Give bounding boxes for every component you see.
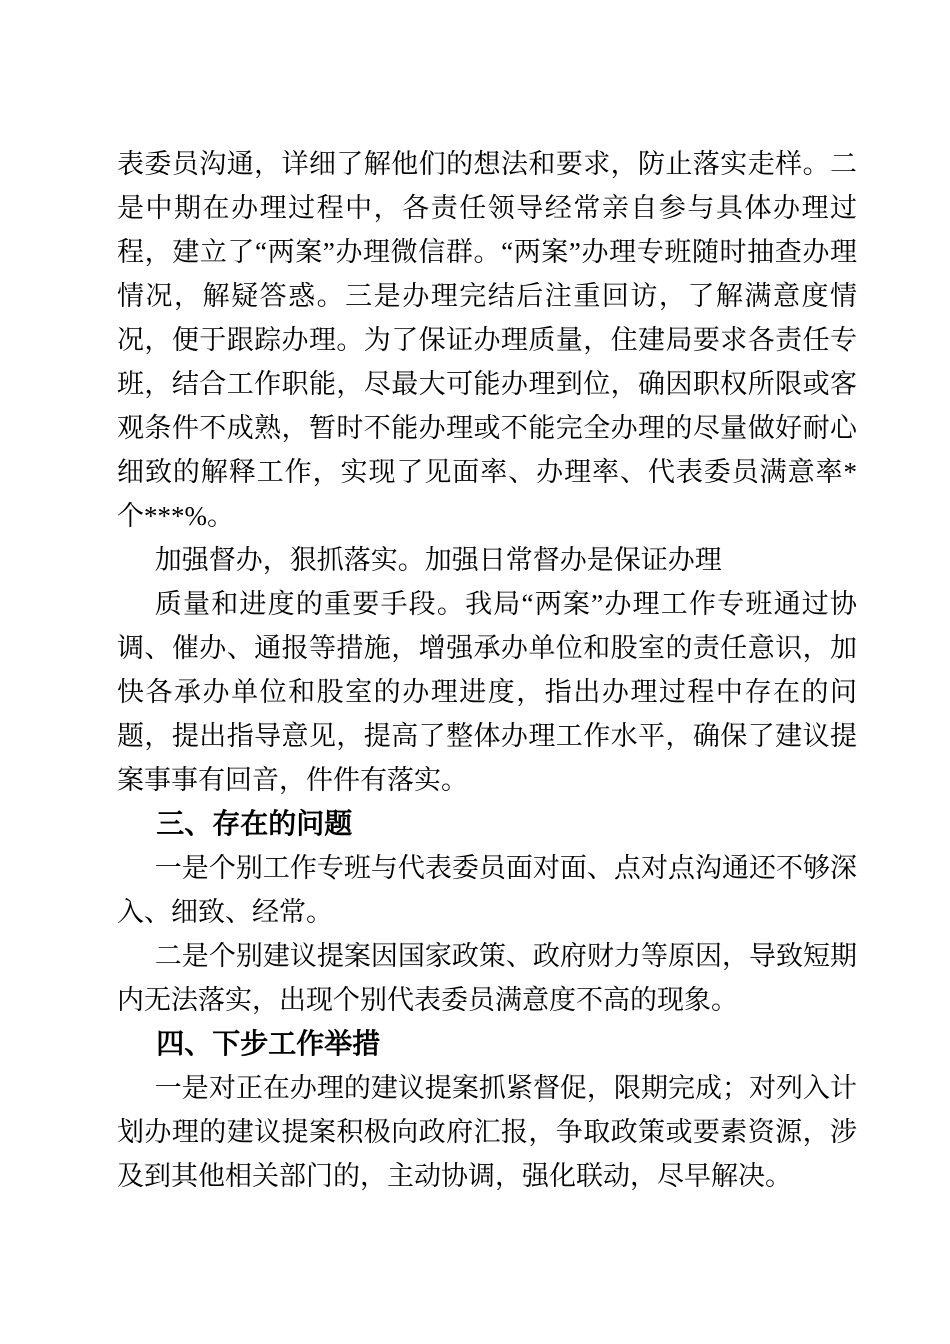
document-text-block: 表委员沟通，详细了解他们的想法和要求，防止落实走样。二是中期在办理过程中，各责任… <box>0 0 950 1198</box>
section-heading: 三、存在的问题 <box>117 802 857 846</box>
document-page: 表委员沟通，详细了解他们的想法和要求，防止落实走样。二是中期在办理过程中，各责任… <box>0 0 950 1344</box>
body-paragraph: 二是个别建议提案因国家政策、政府财力等原因，导致短期内无法落实，出现个别代表委员… <box>117 934 857 1022</box>
body-paragraph: 加强督办，狠抓落实。加强日常督办是保证办理 <box>117 538 857 582</box>
body-paragraph: 一是个别工作专班与代表委员面对面、点对点沟通还不够深入、细致、经常。 <box>117 846 857 934</box>
body-paragraph: 表委员沟通，详细了解他们的想法和要求，防止落实走样。二是中期在办理过程中，各责任… <box>117 142 857 538</box>
body-paragraph: 质量和进度的重要手段。我局“两案”办理工作专班通过协调、催办、通报等措施，增强承… <box>117 582 857 802</box>
section-heading: 四、下步工作举措 <box>117 1022 857 1066</box>
body-paragraph: 一是对正在办理的建议提案抓紧督促，限期完成；对列入计划办理的建议提案积极向政府汇… <box>117 1066 857 1198</box>
document-viewport: { "page": { "background_color": "#ffffff… <box>0 0 950 1344</box>
